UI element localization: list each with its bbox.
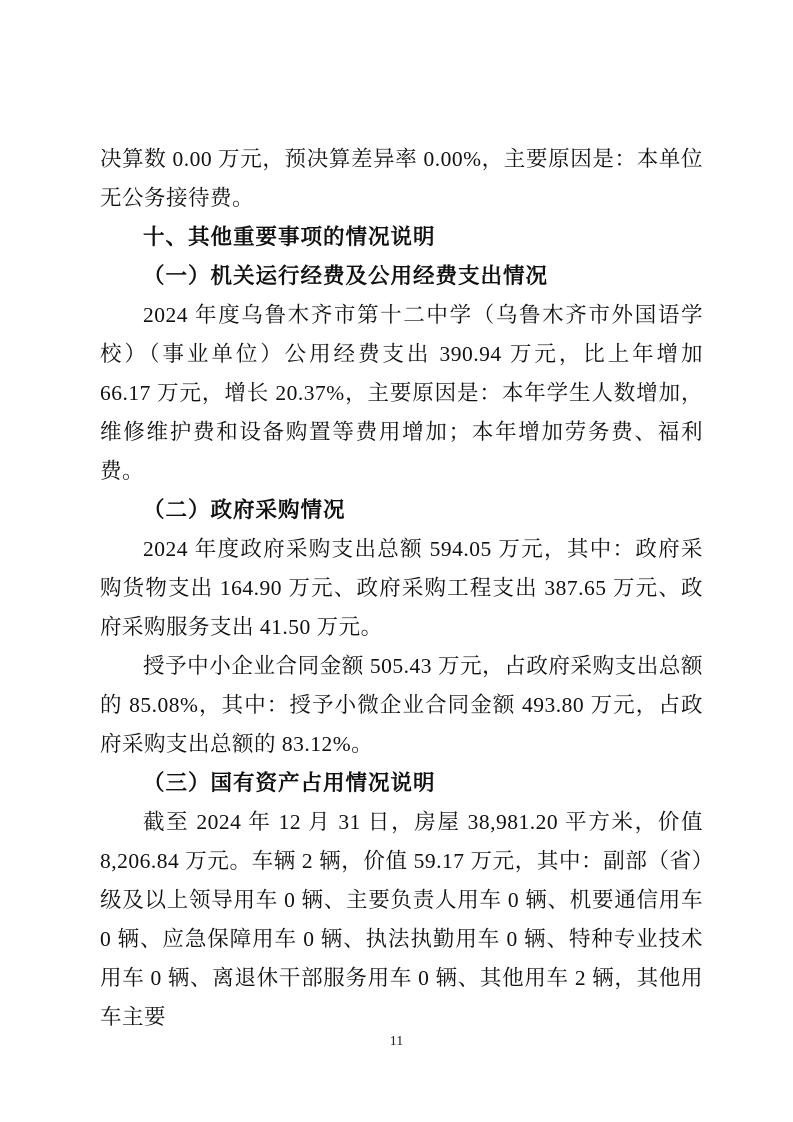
subsection-heading-2: （二）政府采购情况 (100, 491, 703, 530)
paragraph-continuation: 决算数 0.00 万元，预决算差异率 0.00%，主要原因是：本单位无公务接待费… (100, 140, 703, 218)
paragraph-procurement-total: 2024 年度政府采购支出总额 594.05 万元，其中：政府采购货物支出 16… (100, 530, 703, 647)
section-heading-10: 十、其他重要事项的情况说明 (100, 218, 703, 257)
paragraph-operating-expenses: 2024 年度乌鲁木齐市第十二中学（乌鲁木齐市外国语学校）（事业单位）公用经费支… (100, 296, 703, 491)
paragraph-procurement-sme: 授予中小企业合同金额 505.43 万元，占政府采购支出总额的 85.08%，其… (100, 647, 703, 764)
page-number: 11 (0, 1034, 793, 1050)
paragraph-state-assets: 截至 2024 年 12 月 31 日，房屋 38,981.20 平方米，价值 … (100, 803, 703, 1037)
subsection-heading-3: （三）国有资产占用情况说明 (100, 764, 703, 803)
subsection-heading-1: （一）机关运行经费及公用经费支出情况 (100, 257, 703, 296)
document-body: 决算数 0.00 万元，预决算差异率 0.00%，主要原因是：本单位无公务接待费… (100, 140, 703, 1037)
document-page: 决算数 0.00 万元，预决算差异率 0.00%，主要原因是：本单位无公务接待费… (0, 0, 793, 1122)
